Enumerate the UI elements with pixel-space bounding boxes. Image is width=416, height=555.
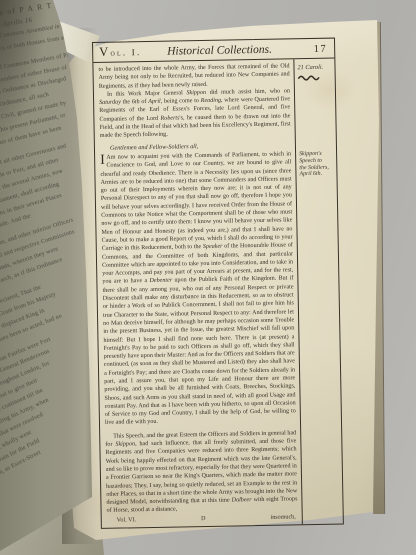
- margin-note-speech: Skippon's Speech to the Soldiers, April …: [299, 151, 330, 179]
- squiggle-ornament-icon: [298, 74, 322, 84]
- running-title: Historical Collections.: [167, 44, 272, 58]
- speech-body: IAm now to acquaint you with the Command…: [100, 150, 296, 427]
- main-text-column: to be introduced into the whole Army, th…: [93, 59, 301, 528]
- body-columns: to be introduced into the whole Army, th…: [93, 59, 342, 528]
- paragraph-speech-effect: This Speech, and the great Esteem the Of…: [105, 429, 297, 515]
- speech-text: Am now to acquaint you with the Commands…: [100, 151, 295, 426]
- catchword: insomuch,: [270, 513, 295, 522]
- book-photograph: { "header": { "volume": "Vol. I.", "titl…: [0, 0, 416, 555]
- speech-drop-cap: I: [100, 154, 105, 167]
- footer-volume: Vol. VI.: [117, 516, 136, 525]
- text-frame: Vol. I. Historical Collections. 17 to be…: [92, 38, 344, 529]
- margin-notes-column: 21 Caroli. Skippon's Speech to the Soldi…: [293, 59, 343, 525]
- volume-label: Vol. I.: [99, 44, 141, 60]
- margin-note-year: 21 Caroli.: [297, 65, 323, 72]
- paragraph-skippon-reading: In this Work Major General Skippon did m…: [99, 87, 291, 140]
- page-number: 17: [314, 44, 328, 55]
- signature-mark: D: [136, 514, 271, 525]
- paragraph-army-reduction: to be introduced into the whole Army, th…: [98, 62, 289, 90]
